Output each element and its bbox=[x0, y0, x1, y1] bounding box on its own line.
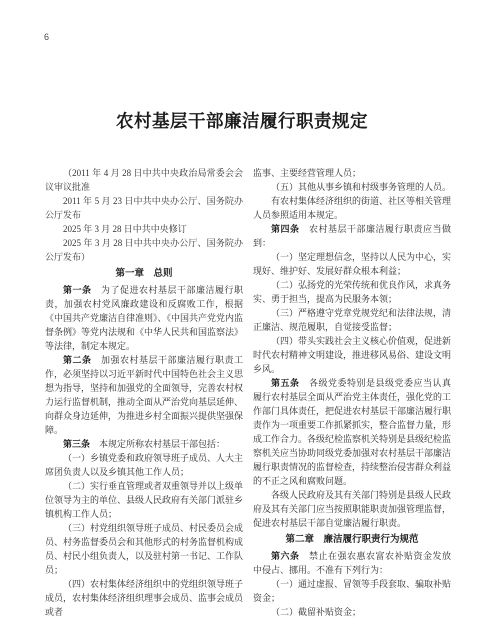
paragraph: 第四条 农村基层干部廉洁履行职责应当做到： bbox=[253, 222, 451, 250]
article-number: 第四条 bbox=[271, 224, 300, 234]
paragraph: （一）乡镇党委和政府领导班子成员、人大主席团负责人以及乡镇其他工作人员； bbox=[45, 451, 243, 479]
paragraph: （四）农村集体经济组织中的党组织领导班子成员，农村集体经济组织理事会成员、监事会… bbox=[45, 577, 243, 619]
paragraph: （三）村党组织领导班子成员、村民委员会成员、村务监督委员会和其他形式的村务监督机… bbox=[45, 521, 243, 577]
column-left: （2011 年 4 月 28 日中共中央政治局常委会会议审议批准2011 年 5… bbox=[45, 166, 243, 619]
paragraph: 第二条 加强农村基层干部廉洁履行职责工作，必须坚持以习近平新时代中国特色社会主义… bbox=[45, 353, 243, 437]
paragraph: （三）严格遵守党章党规党纪和法律法规，清正廉洁、规范履职，自觉接受监督； bbox=[253, 306, 451, 334]
paragraph: 第三条 本规定所称农村基层干部包括： bbox=[45, 437, 243, 451]
paragraph: 有农村集体经济组织的街道、社区等相关管理人员参照适用本规定。 bbox=[253, 194, 451, 222]
text-columns: （2011 年 4 月 28 日中共中央政治局常委会会议审议批准2011 年 5… bbox=[45, 166, 451, 619]
paragraph: 第一条 为了促进农村基层干部廉洁履行职责，加强农村党风廉政建设和反腐败工作，根据… bbox=[45, 283, 243, 353]
preamble-line: （2011 年 4 月 28 日中共中央政治局常委会会议审议批准 bbox=[45, 166, 243, 194]
preamble-line: 2025 年 3 月 28 日中共中央办公厅、国务院办公厅发布） bbox=[45, 236, 243, 264]
paragraph: （一）坚定理想信念，坚持以人民为中心，实现好、维护好、发展好群众根本利益； bbox=[253, 250, 451, 278]
column-right: 监事、主要经营管理人员；（五）其他从事乡镇和村级事务管理的人员。有农村集体经济组… bbox=[253, 166, 451, 619]
preamble-line: 2011 年 5 月 23 日中共中央办公厅、国务院办公厅发布 bbox=[45, 194, 243, 222]
paragraph: （一）通过虚报、冒领等手段套取、骗取补贴资金； bbox=[253, 577, 451, 605]
article-number: 第三条 bbox=[63, 439, 90, 449]
paragraph: （二）截留补贴资金； bbox=[253, 605, 451, 619]
chapter-heading: 第一章 总则 bbox=[45, 267, 243, 281]
paragraph: 第六条 禁止在强农惠农富农补贴资金发放中侵占、挪用。不准有下列行为： bbox=[253, 549, 451, 577]
paragraph: （四）带头实践社会主义核心价值观，促进新时代农村精神文明建设，推进移风易俗、建设… bbox=[253, 334, 451, 376]
paragraph: （二）弘扬党的光荣传统和优良作风，求真务实、勇于担当，提高为民服务本领； bbox=[253, 278, 451, 306]
page-number: 6 bbox=[44, 32, 49, 42]
article-number: 第二条 bbox=[63, 355, 92, 365]
article-number: 第六条 bbox=[271, 551, 300, 561]
paragraph: （二）实行垂直管理或者双重领导并以上级单位领导为主的单位、县级人民政府有关部门派… bbox=[45, 479, 243, 521]
paragraph: 第五条 各级党委特别是县级党委应当认真履行农村基层全面从严治党主体责任，强化党的… bbox=[253, 376, 451, 488]
article-number: 第一条 bbox=[63, 285, 92, 295]
chapter-heading: 第二章 廉洁履行职责行为规范 bbox=[253, 533, 451, 547]
article-number: 第五条 bbox=[271, 378, 300, 388]
preamble-line: 2025 年 3 月 28 日中共中央修订 bbox=[45, 222, 243, 236]
paragraph: 各级人民政府及其有关部门特别是县级人民政府及其有关部门应当按照职能职责加强管理监… bbox=[253, 488, 451, 530]
document-title: 农村基层干部廉洁履行职责规定 bbox=[0, 108, 484, 133]
paragraph-continuation: 监事、主要经营管理人员； bbox=[253, 166, 451, 180]
paragraph: （五）其他从事乡镇和村级事务管理的人员。 bbox=[253, 180, 451, 194]
